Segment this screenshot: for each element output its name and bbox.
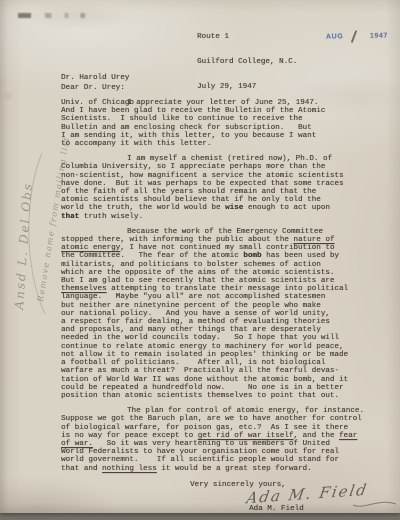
- letter-line: Suppose we got the Baruch plan, are we t…: [61, 415, 391, 423]
- letter-line: Because the work of the Emergency Commit…: [61, 228, 391, 236]
- signature-flourish: [352, 497, 398, 511]
- letter-line: to accompany it with this letter.: [61, 140, 391, 148]
- letter-line: have done. But it was perhaps to be expe…: [61, 180, 391, 188]
- letter-line: I am sending it, with this letter, to yo…: [61, 132, 391, 140]
- letter-line: could be repeated a hundredfold now. No …: [61, 384, 391, 392]
- letter-paragraph: I am myself a chemist (retired now), Ph.…: [61, 155, 391, 221]
- letter-line: language. Maybe "you all" are not accomp…: [61, 293, 391, 301]
- letter-line: our national policy. And you have a sens…: [61, 310, 391, 318]
- typed-signature-name: Ada M. Field: [249, 505, 304, 513]
- stamp-month: AUG: [326, 33, 343, 40]
- letter-line: continue to relate atomic energy to mach…: [61, 343, 391, 351]
- letter-line: but neither are ninetynine percent of th…: [61, 302, 391, 310]
- sender-address-block: Route 1 Guilford College, N.C. July 29, …: [197, 17, 297, 107]
- letter-line: not allow it to remain isolated in peopl…: [61, 351, 391, 359]
- letter-line: the Committee. The fear of the atomic bo…: [61, 252, 391, 260]
- letter-line: that truth wisely.: [61, 213, 391, 221]
- letter-date: July 29, 1947: [197, 83, 297, 91]
- letter-paragraph: Because the work of the Emergency Commit…: [61, 228, 391, 400]
- salutation: Dear Dr. Urey:: [61, 84, 125, 92]
- letter-line: position than atomic scientists themselv…: [61, 392, 391, 400]
- letter-paragraph: The plan for control of atomic energy, f…: [61, 407, 391, 473]
- sender-address-line: Route 1: [197, 33, 297, 41]
- letter-line: needed in the world councils today. So I…: [61, 334, 391, 342]
- letter-line: tation of World War II was done without …: [61, 376, 391, 384]
- letter-line: world the truth, the world would be wise…: [61, 204, 391, 212]
- sender-address-line: Guilford College, N.C.: [197, 58, 297, 66]
- letter-line: non-scientist, how magnificent a service…: [61, 172, 391, 180]
- letter-line: which are the opposite of the aims of th…: [61, 269, 391, 277]
- letter-line: is no way for peace except to get rid of…: [61, 432, 391, 440]
- letter-line: I appreciate your letter of June 25, 194…: [61, 99, 391, 107]
- letter-line: Columbia University, so I appreciate per…: [61, 163, 391, 171]
- letter-line: of biological warfare, for poison gas, e…: [61, 424, 391, 432]
- letter-line: of the faith of all the years should rem…: [61, 188, 391, 196]
- pen-slash-mark: [351, 30, 358, 43]
- letter-line: world governemnt. If all scientific peop…: [61, 456, 391, 464]
- recipient-name: Dr. Harold Urey: [61, 74, 134, 82]
- received-date-stamp: AUG 1947: [326, 31, 392, 44]
- letter-line: warfare as much a threat? Practically al…: [61, 367, 391, 375]
- letter-line: militarists, and politicians to bolster …: [61, 261, 391, 269]
- letter-body: I appreciate your letter of June 25, 194…: [61, 99, 391, 480]
- letter-line: Scientists. I should like to continue to…: [61, 115, 391, 123]
- letter-line: that and nothing less it would be a grea…: [61, 465, 391, 473]
- letter-paragraph: I appreciate your letter of June 25, 194…: [61, 99, 391, 148]
- stamp-year: 1947: [370, 32, 388, 39]
- letter-line: Bulletin and am enclosing check for subs…: [61, 124, 391, 132]
- letter-line: of war. So it was very heartening to us …: [61, 440, 391, 448]
- letter-page: Route 1 Guilford College, N.C. July 29, …: [0, 0, 400, 513]
- smudge-mark: [18, 13, 98, 18]
